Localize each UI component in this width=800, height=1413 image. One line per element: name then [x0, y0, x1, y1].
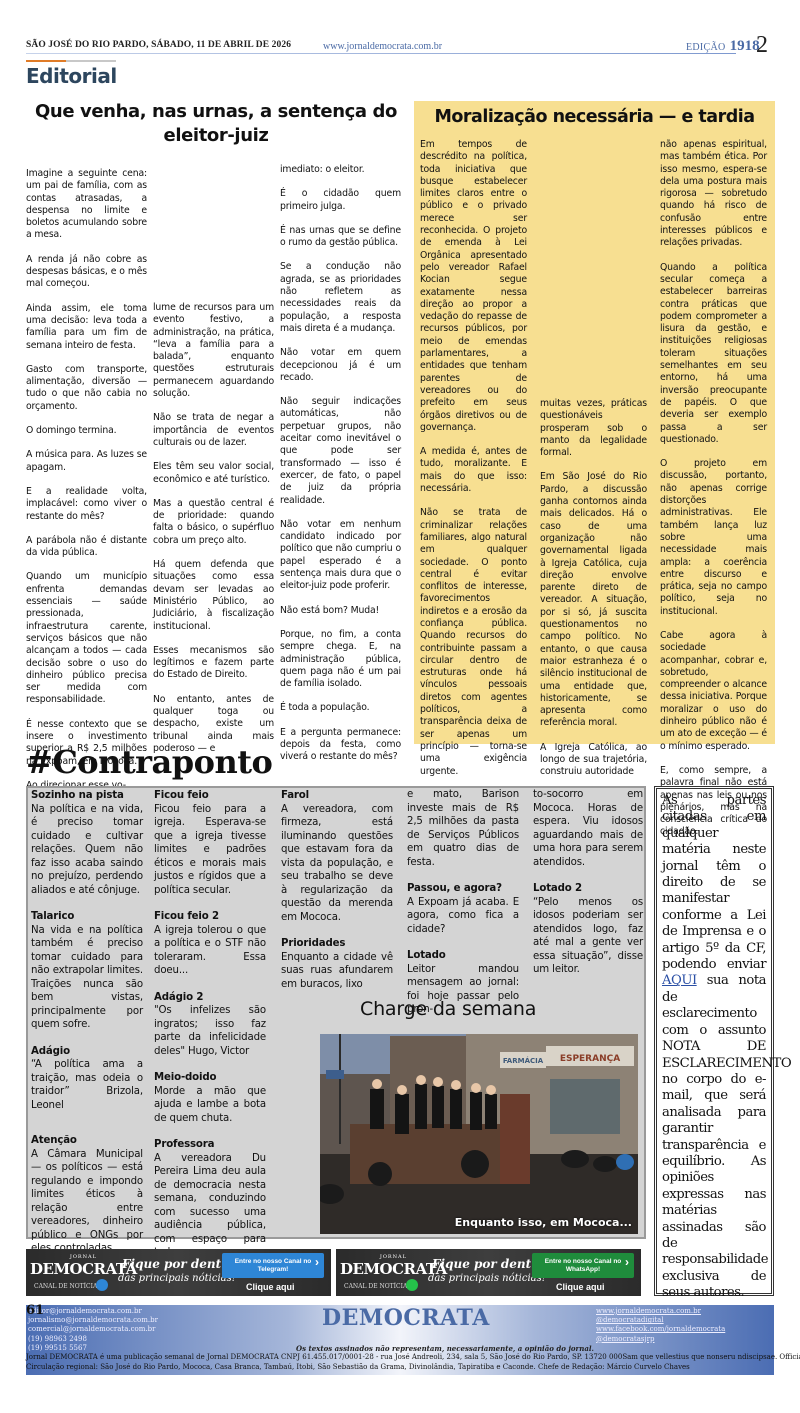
contraponto-item: Passou, e agora?A Expoam já acaba. E ago…	[407, 882, 519, 936]
paragraph: Não se trata de negar a importância de e…	[153, 412, 274, 449]
contraponto-title: #Contraponto	[26, 743, 272, 781]
section-title: Editorial	[26, 64, 117, 88]
notice-text-before: As partes citadas em qualquer matéria ne…	[662, 793, 766, 972]
svg-text:FARMÁCIA: FARMÁCIA	[503, 1056, 544, 1065]
paragraph: Esses mecanismos são legítimos e fazem p…	[153, 645, 274, 682]
section-accent-bar	[26, 60, 116, 62]
whatsapp-icon	[406, 1279, 418, 1291]
item-title: Meio-doido	[154, 1071, 266, 1085]
notice-link[interactable]: AQUI	[662, 973, 697, 988]
charge-title: Charge da semana	[360, 998, 536, 1020]
item-text: "Os infelizes são ingratos; isso faz par…	[154, 1004, 266, 1058]
banner-click-here[interactable]: Clique aqui	[556, 1282, 605, 1292]
contraponto-item: Sozinho na pistaNa política e na vida, é…	[31, 789, 143, 897]
item-text: A Câmara Municipal — os políticos — está…	[31, 1148, 143, 1256]
header-date: SÃO JOSÉ DO RIO PARDO, SÁBADO, 11 DE ABR…	[26, 40, 291, 50]
item-title: Lotado	[407, 949, 519, 963]
item-title: Atenção	[31, 1134, 143, 1148]
item-title: Adágio 2	[154, 991, 266, 1005]
contraponto-col3: FarolA vereadora, com firmeza, está ilum…	[281, 789, 393, 1004]
item-text: Enquanto a cidade vê suas ruas afundarem…	[281, 951, 393, 992]
paragraph: E a pergunta permanece: depois da festa,…	[280, 727, 401, 764]
page-footer: editor@jornaldemocrata.com.br jornalismo…	[26, 1305, 774, 1375]
editorial-right-box: Moralização necessária — e tardia Em tem…	[414, 101, 775, 744]
paragraph: A medida é, antes de tudo, moralizante. …	[420, 446, 527, 495]
right-of-reply-notice: As partes citadas em qualquer matéria ne…	[654, 786, 774, 1296]
footer-contacts: editor@jornaldemocrata.com.br jornalismo…	[28, 1307, 158, 1353]
contact-email[interactable]: comercial@jornaldemocrata.com.br	[28, 1325, 158, 1334]
contact-email[interactable]: editor@jornaldemocrata.com.br	[28, 1307, 158, 1316]
item-text: Ficou feio para a igreja. Esperava-se qu…	[154, 803, 266, 898]
contact-email[interactable]: jornalismo@jornaldemocrata.com.br	[28, 1316, 158, 1325]
item-text: Na vida e na política também é preciso t…	[31, 924, 143, 1032]
paragraph: E a realidade volta, implacável: como vi…	[26, 486, 147, 523]
header-rule	[26, 53, 736, 54]
paragraph: Se a condução não agrada, se as priorida…	[280, 261, 401, 335]
contraponto-item: Adágio 2"Os infelizes são ingratos; isso…	[154, 991, 266, 1059]
contraponto-col4: e mato, Barison investe mais de R$ 2,5 m…	[407, 788, 519, 1030]
paragraph: É nas urnas que se define o rumo da gest…	[280, 225, 401, 250]
item-text: “A política ama a traição, mas odeia o t…	[31, 1058, 143, 1112]
item-title: Sozinho na pista	[31, 789, 143, 803]
item-text: “Pelo menos os idosos poderiam ser atend…	[533, 896, 643, 977]
footer-social-links: www.jornaldemocrata.com.br @democratadig…	[596, 1307, 725, 1344]
paragraph: A Igreja Católica, ao longo de sua traje…	[540, 742, 647, 779]
paragraph: Não seguir indicações automáticas, não p…	[280, 396, 401, 507]
social-link[interactable]: www.facebook.com/jornaldemocrata	[596, 1325, 725, 1334]
contact-phone: (19) 98963 2498	[28, 1335, 158, 1344]
item-title: Farol	[281, 789, 393, 803]
editorial-right-title: Moralização necessária — e tardia	[414, 107, 775, 127]
paragraph: Cabe agora à sociedade acompanhar, cobra…	[660, 630, 767, 753]
banner-subheadline: das principais nóticias!	[118, 1273, 236, 1284]
contraponto-item: Meio-doidoMorde a mão que ajuda e lambe …	[154, 1071, 266, 1125]
banner-subheadline: das principais nóticias!	[428, 1273, 546, 1284]
item-text: A igreja tolerou o que a política e o ST…	[154, 924, 266, 978]
paragraph: Gasto com transporte, alimentação, diver…	[26, 364, 147, 413]
social-link[interactable]: @democratadigital	[596, 1316, 725, 1325]
paragraph: Não se trata de criminalizar relações fa…	[420, 507, 527, 778]
paragraph: muitas vezes, práticas questionáveis pro…	[540, 398, 647, 459]
contraponto-item: Adágio“A política ama a traição, mas ode…	[31, 1045, 143, 1113]
charge-cartoon-image[interactable]: ESPERANÇA FARMÁCIA Enquanto isso, em Moc…	[320, 1034, 638, 1234]
item-title: Ficou feio 2	[154, 910, 266, 924]
item-title: Talarico	[31, 910, 143, 924]
paragraph: Mas a questão central é de prioridade: q…	[153, 498, 274, 547]
footer-disclaimer: Os textos assinados não representam, nec…	[296, 1344, 594, 1353]
paragraph: Quando um município enfrenta demandas es…	[26, 571, 147, 706]
item-text: e mato, Barison investe mais de R$ 2,5 m…	[407, 788, 519, 869]
item-text: to-socorro em Mococa. Horas de espera. V…	[533, 788, 643, 869]
contraponto-item: Ficou feioFicou feio para a igreja. Espe…	[154, 789, 266, 897]
banner-subtitle: CANAL DE NOTÍCIAS	[344, 1283, 411, 1290]
whatsapp-channel-button[interactable]: Entre no nosso Canal no WhatsApp!	[532, 1253, 634, 1278]
item-title: Lotado 2	[533, 882, 643, 896]
paragraph: lume de recursos para um evento festivo,…	[153, 302, 274, 400]
page-number: 2	[756, 32, 768, 59]
item-title: Ficou feio	[154, 789, 266, 803]
paragraph: Imagine a seguinte cena: um pai de famíl…	[26, 168, 147, 242]
item-title: Prioridades	[281, 937, 393, 951]
paragraph: A renda já não cobre as despesas básicas…	[26, 254, 147, 291]
banner-subtitle: CANAL DE NOTÍCIAS	[34, 1283, 101, 1290]
contraponto-item: to-socorro em Mococa. Horas de espera. V…	[533, 788, 643, 869]
paragraph: A música para. As luzes se apagam.	[26, 449, 147, 474]
paragraph: Em tempos de descrédito na política, tod…	[420, 139, 527, 434]
contraponto-col1: Sozinho na pistaNa política e na vida, é…	[31, 789, 143, 1269]
footer-page-number: 61	[26, 1303, 44, 1318]
paragraph: Quando a política secular começa a estab…	[660, 262, 767, 446]
editorial-left-col3: imediato: o eleitor. É o cidadão quem pr…	[280, 164, 401, 776]
charge-caption: Enquanto isso, em Mococa...	[455, 1216, 632, 1229]
paragraph: Eles têm seu valor social, econômico e a…	[153, 461, 274, 486]
paragraph: Não está bom? Muda!	[280, 605, 401, 617]
paragraph: A parábola não é distante da vida públic…	[26, 535, 147, 560]
paragraph: O domingo termina.	[26, 425, 147, 437]
item-title: Passou, e agora?	[407, 882, 519, 896]
social-link[interactable]: @democratasjrp	[596, 1335, 725, 1344]
item-title: Adágio	[31, 1045, 143, 1059]
paragraph: É toda a população.	[280, 702, 401, 714]
paragraph: Não votar em nenhum candidato indicado p…	[280, 519, 401, 593]
contact-phone: (19) 99515 5567	[28, 1344, 158, 1353]
paragraph: Porque, no fim, a conta sempre chega. E,…	[280, 629, 401, 690]
footer-publisher-line: Jornal DEMOCRATA é uma publicação semana…	[26, 1353, 800, 1361]
contraponto-item: FarolA vereadora, com firmeza, está ilum…	[281, 789, 393, 924]
footer-logo: DEMOCRATA	[322, 1305, 490, 1331]
contraponto-item: PrioridadesEnquanto a cidade vê suas rua…	[281, 937, 393, 991]
contraponto-item: Lotado 2“Pelo menos os idosos poderiam s…	[533, 882, 643, 977]
contraponto-item: AtençãoA Câmara Municipal — os políticos…	[31, 1134, 143, 1256]
whatsapp-banner[interactable]: JORNALDEMOCRATA CANAL DE NOTÍCIAS Fique …	[336, 1249, 641, 1296]
editorial-left-col1: Imagine a seguinte cena: um pai de famíl…	[26, 168, 147, 804]
contraponto-col2: Ficou feioFicou feio para a igreja. Espe…	[154, 789, 266, 1286]
telegram-icon	[96, 1279, 108, 1291]
footer-circulation-line: Circulação regional: São José do Rio Par…	[26, 1363, 690, 1371]
contraponto-item: TalaricoNa vida e na política também é p…	[31, 910, 143, 1032]
paragraph: O projeto em discussão, portanto, não ap…	[660, 458, 767, 618]
banner-click-here[interactable]: Clique aqui	[246, 1282, 295, 1292]
item-text: A Expoam já acaba. E agora, como fica a …	[407, 896, 519, 937]
telegram-banner[interactable]: JORNALDEMOCRATA CANAL DE NOTÍCIAS Fique …	[26, 1249, 331, 1296]
paragraph: não apenas espiritual, mas também ética.…	[660, 139, 767, 250]
item-title: Professora	[154, 1138, 266, 1152]
banner-headline: Fique por dentro	[122, 1257, 236, 1271]
svg-text:ESPERANÇA: ESPERANÇA	[560, 1054, 620, 1064]
banner-headline: Fique por dentro	[432, 1257, 546, 1271]
paragraph: Em São José do Rio Pardo, a discussão ga…	[540, 471, 647, 729]
editorial-left-title: Que venha, nas urnas, a sentença do elei…	[26, 100, 406, 148]
telegram-channel-button[interactable]: Entre no nosso Canal no Telegram!	[222, 1253, 324, 1278]
editorial-left-col2: lume de recursos para um evento festivo,…	[153, 302, 274, 767]
page-header: SÃO JOSÉ DO RIO PARDO, SÁBADO, 11 DE ABR…	[26, 38, 774, 58]
paragraph: imediato: o eleitor.	[280, 164, 401, 176]
contraponto-item: e mato, Barison investe mais de R$ 2,5 m…	[407, 788, 519, 869]
paragraph: Há quem defenda que situações como essa …	[153, 559, 274, 633]
item-text: Morde a mão que ajuda e lambe a bota de …	[154, 1085, 266, 1126]
editorial-right-col3: não apenas espiritual, mas também ética.…	[660, 139, 767, 851]
editorial-right-col1: Em tempos de descrédito na política, tod…	[420, 139, 527, 888]
notice-text-after: sua nota de esclarecimento com o assunto…	[662, 973, 791, 1300]
item-text: Na política e na vida, é preciso tomar c…	[31, 803, 143, 898]
contraponto-col5: to-socorro em Mococa. Horas de espera. V…	[533, 788, 643, 990]
paragraph: Não votar em quem decepcionou já é um re…	[280, 347, 401, 384]
edition-label-text: EDIÇÃO	[686, 42, 726, 53]
social-link[interactable]: www.jornaldemocrata.com.br	[596, 1307, 725, 1316]
paragraph: É o cidadão quem primeiro julga.	[280, 188, 401, 213]
contraponto-item: Ficou feio 2A igreja tolerou o que a pol…	[154, 910, 266, 978]
paragraph: Ainda assim, ele toma uma decisão: leva …	[26, 303, 147, 352]
editorial-right-col2: muitas vezes, práticas questionáveis pro…	[540, 398, 647, 791]
charge-illustration: ESPERANÇA FARMÁCIA	[320, 1034, 638, 1234]
item-text: A vereadora, com firmeza, está iluminand…	[281, 803, 393, 925]
edition-label: EDIÇÃO 1918	[686, 37, 760, 55]
header-url[interactable]: www.jornaldemocrata.com.br	[323, 41, 442, 52]
